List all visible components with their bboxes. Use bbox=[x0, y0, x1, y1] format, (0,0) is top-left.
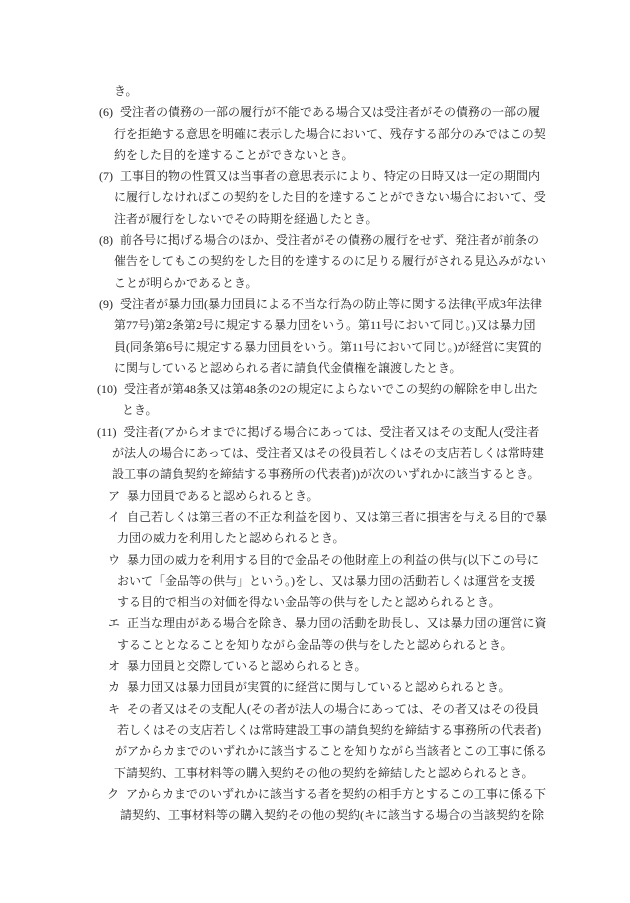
item-number: (10) bbox=[97, 382, 117, 396]
line-text: おいて「金品等の供与」という。)をし、又は暴力団の活動若しくは運営を支援 bbox=[117, 574, 535, 588]
line-text: 受注者の債務の一部の履行が不能である場合又は受注者がその債務の一部の履 bbox=[120, 105, 540, 119]
line-text: き。 bbox=[114, 84, 138, 98]
text-line: (9)受注者が暴力団(暴力団員による不当な行為の防止等に関する法律(平成3年法律 bbox=[0, 294, 630, 315]
item-number: (8) bbox=[99, 233, 113, 247]
text-line: エ正当な理由がある場合を除き、暴力団の活動を助長し、又は暴力団の運営に資 bbox=[0, 613, 630, 634]
item-number: (11) bbox=[97, 425, 117, 439]
line-text: 下請契約、工事材料等の購入契約その他の契約を締結したと認められるとき。 bbox=[114, 766, 534, 780]
line-text: とき。 bbox=[122, 403, 158, 417]
line-text: 若しくはその支店若しくは常時建設工事の請負契約を締結する事務所の代表者) bbox=[117, 723, 541, 737]
text-line: 約をした目的を達することができないとき。 bbox=[0, 145, 630, 166]
text-line: とき。 bbox=[0, 400, 630, 421]
text-line: 行を拒絶する意思を明確に表示した場合において、残存する部分のみではこの契 bbox=[0, 124, 630, 145]
text-line: 下請契約、工事材料等の購入契約その他の契約を締結したと認められるとき。 bbox=[0, 763, 630, 784]
text-line: に関与していると認められる者に請負代金債権を譲渡したとき。 bbox=[0, 358, 630, 379]
item-number: ウ bbox=[108, 553, 120, 567]
line-text: ことが明らかであるとき。 bbox=[114, 276, 258, 290]
text-line: することとなることを知りながら金品等の供与をしたと認められるとき。 bbox=[0, 635, 630, 656]
line-text: その者又はその支配人(その者が法人の場合にあっては、その者又はその役員 bbox=[127, 702, 539, 716]
line-text: が法人の場合にあっては、受注者又はその役員若しくはその支店若しくは常時建 bbox=[112, 446, 544, 460]
text-line: (11)受注者(アからオまでに掲げる場合にあっては、受注者又はその支配人(受注者 bbox=[0, 422, 630, 443]
line-text: 受注者が暴力団(暴力団員による不当な行為の防止等に関する法律(平成3年法律 bbox=[120, 297, 542, 311]
line-text: 受注者が第48条又は第48条の2の規定によらないでこの契約の解除を申し出た bbox=[124, 382, 538, 396]
item-number: イ bbox=[108, 510, 120, 524]
text-line: ウ暴力団の威力を利用する目的で金品その他財産上の利益の供与(以下この号に bbox=[0, 550, 630, 571]
text-line: 員(同条第6号に規定する暴力団員をいう。第11号において同じ。)が経営に実質的 bbox=[0, 337, 630, 358]
text-line: (8)前各号に掲げる場合のほか、受注者がその債務の履行をせず、発注者が前条の bbox=[0, 230, 630, 251]
line-text: 力団の威力を利用したと認められるとき。 bbox=[117, 531, 345, 545]
line-text: 設工事の請負契約を締結する事務所の代表者))が次のいずれかに該当するとき。 bbox=[112, 467, 540, 481]
text-line: が法人の場合にあっては、受注者又はその役員若しくはその支店若しくは常時建 bbox=[0, 443, 630, 464]
text-line: に履行しなければこの契約をした目的を達することができない場合において、受 bbox=[0, 187, 630, 208]
line-text: 受注者(アからオまでに掲げる場合にあっては、受注者又はその支配人(受注者 bbox=[124, 425, 540, 439]
line-text: 正当な理由がある場合を除き、暴力団の活動を助長し、又は暴力団の運営に資 bbox=[127, 616, 547, 630]
item-number: キ bbox=[108, 702, 120, 716]
line-text: 暴力団又は暴力団員が実質的に経営に関与していると認められるとき。 bbox=[127, 680, 511, 694]
line-text: 暴力団員であると認められるとき。 bbox=[127, 489, 319, 503]
line-text: することとなることを知りながら金品等の供与をしたと認められるとき。 bbox=[117, 638, 513, 652]
item-number: オ bbox=[108, 659, 120, 673]
text-line: する目的で相当の対価を得ない金品等の供与をしたと認められるとき。 bbox=[0, 592, 630, 613]
line-text: 請契約、工事材料等の購入契約その他の契約(キに該当する場合の当該契約を除 bbox=[120, 808, 544, 822]
item-number: (6) bbox=[99, 105, 113, 119]
text-line: キその者又はその支配人(その者が法人の場合にあっては、その者又はその役員 bbox=[0, 699, 630, 720]
text-line: ことが明らかであるとき。 bbox=[0, 273, 630, 294]
item-number: エ bbox=[108, 616, 120, 630]
line-text: に関与していると認められる者に請負代金債権を譲渡したとき。 bbox=[114, 361, 462, 375]
item-number: カ bbox=[108, 680, 120, 694]
line-text: 暴力団の威力を利用する目的で金品その他財産上の利益の供与(以下この号に bbox=[127, 553, 539, 567]
line-text: 催告をしてもこの契約をした目的を達するのに足りる履行がされる見込みがない bbox=[114, 254, 546, 268]
line-text: 前各号に掲げる場合のほか、受注者がその債務の履行をせず、発注者が前条の bbox=[120, 233, 539, 247]
text-line: (7)工事目的物の性質又は当事者の意思表示により、特定の日時又は一定の期間内 bbox=[0, 166, 630, 187]
text-line: カ暴力団又は暴力団員が実質的に経営に関与していると認められるとき。 bbox=[0, 677, 630, 698]
line-text: アからカまでのいずれかに該当する者を契約の相手方とするこの工事に係る下 bbox=[126, 787, 546, 801]
line-text: 第77号)第2条第2号に規定する暴力団をいう。第11号において同じ。)又は暴力団 bbox=[114, 318, 536, 332]
line-text: がアからカまでのいずれかに該当することを知りながら当該者とこの工事に係る bbox=[115, 744, 547, 758]
text-line: (6)受注者の債務の一部の履行が不能である場合又は受注者がその債務の一部の履 bbox=[0, 102, 630, 123]
text-line: イ自己若しくは第三者の不正な利益を図り、又は第三者に損害を与える目的で暴 bbox=[0, 507, 630, 528]
line-text: 行を拒絶する意思を明確に表示した場合において、残存する部分のみではこの契 bbox=[114, 127, 546, 141]
line-text: 約をした目的を達することができないとき。 bbox=[114, 148, 354, 162]
text-line: おいて「金品等の供与」という。)をし、又は暴力団の活動若しくは運営を支援 bbox=[0, 571, 630, 592]
text-line: 請契約、工事材料等の購入契約その他の契約(キに該当する場合の当該契約を除 bbox=[0, 805, 630, 826]
text-line: 設工事の請負契約を締結する事務所の代表者))が次のいずれかに該当するとき。 bbox=[0, 464, 630, 485]
line-text: 員(同条第6号に規定する暴力団員をいう。第11号において同じ。)が経営に実質的 bbox=[114, 340, 542, 354]
text-line: 注者が履行をしないでその時期を経過したとき。 bbox=[0, 209, 630, 230]
line-text: 注者が履行をしないでその時期を経過したとき。 bbox=[114, 212, 378, 226]
text-line: ア暴力団員であると認められるとき。 bbox=[0, 486, 630, 507]
line-text: 暴力団員と交際していると認められるとき。 bbox=[127, 659, 367, 673]
text-line: 催告をしてもこの契約をした目的を達するのに足りる履行がされる見込みがない bbox=[0, 251, 630, 272]
item-number: (9) bbox=[99, 297, 113, 311]
line-text: に履行しなければこの契約をした目的を達することができない場合において、受 bbox=[114, 190, 546, 204]
document-body: き。(6)受注者の債務の一部の履行が不能である場合又は受注者がその債務の一部の履… bbox=[0, 81, 630, 826]
text-line: (10)受注者が第48条又は第48条の2の規定によらないでこの契約の解除を申し出… bbox=[0, 379, 630, 400]
text-line: き。 bbox=[0, 81, 630, 102]
text-line: オ暴力団員と交際していると認められるとき。 bbox=[0, 656, 630, 677]
text-line: クアからカまでのいずれかに該当する者を契約の相手方とするこの工事に係る下 bbox=[0, 784, 630, 805]
text-line: がアからカまでのいずれかに該当することを知りながら当該者とこの工事に係る bbox=[0, 741, 630, 762]
item-number: ク bbox=[107, 787, 119, 801]
line-text: 自己若しくは第三者の不正な利益を図り、又は第三者に損害を与える目的で暴 bbox=[127, 510, 547, 524]
line-text: 工事目的物の性質又は当事者の意思表示により、特定の日時又は一定の期間内 bbox=[120, 169, 540, 183]
item-number: (7) bbox=[99, 169, 113, 183]
document-page: き。(6)受注者の債務の一部の履行が不能である場合又は受注者がその債務の一部の履… bbox=[0, 0, 630, 903]
line-text: する目的で相当の対価を得ない金品等の供与をしたと認められるとき。 bbox=[117, 595, 501, 609]
item-number: ア bbox=[108, 489, 120, 503]
text-line: 若しくはその支店若しくは常時建設工事の請負契約を締結する事務所の代表者) bbox=[0, 720, 630, 741]
text-line: 第77号)第2条第2号に規定する暴力団をいう。第11号において同じ。)又は暴力団 bbox=[0, 315, 630, 336]
text-line: 力団の威力を利用したと認められるとき。 bbox=[0, 528, 630, 549]
